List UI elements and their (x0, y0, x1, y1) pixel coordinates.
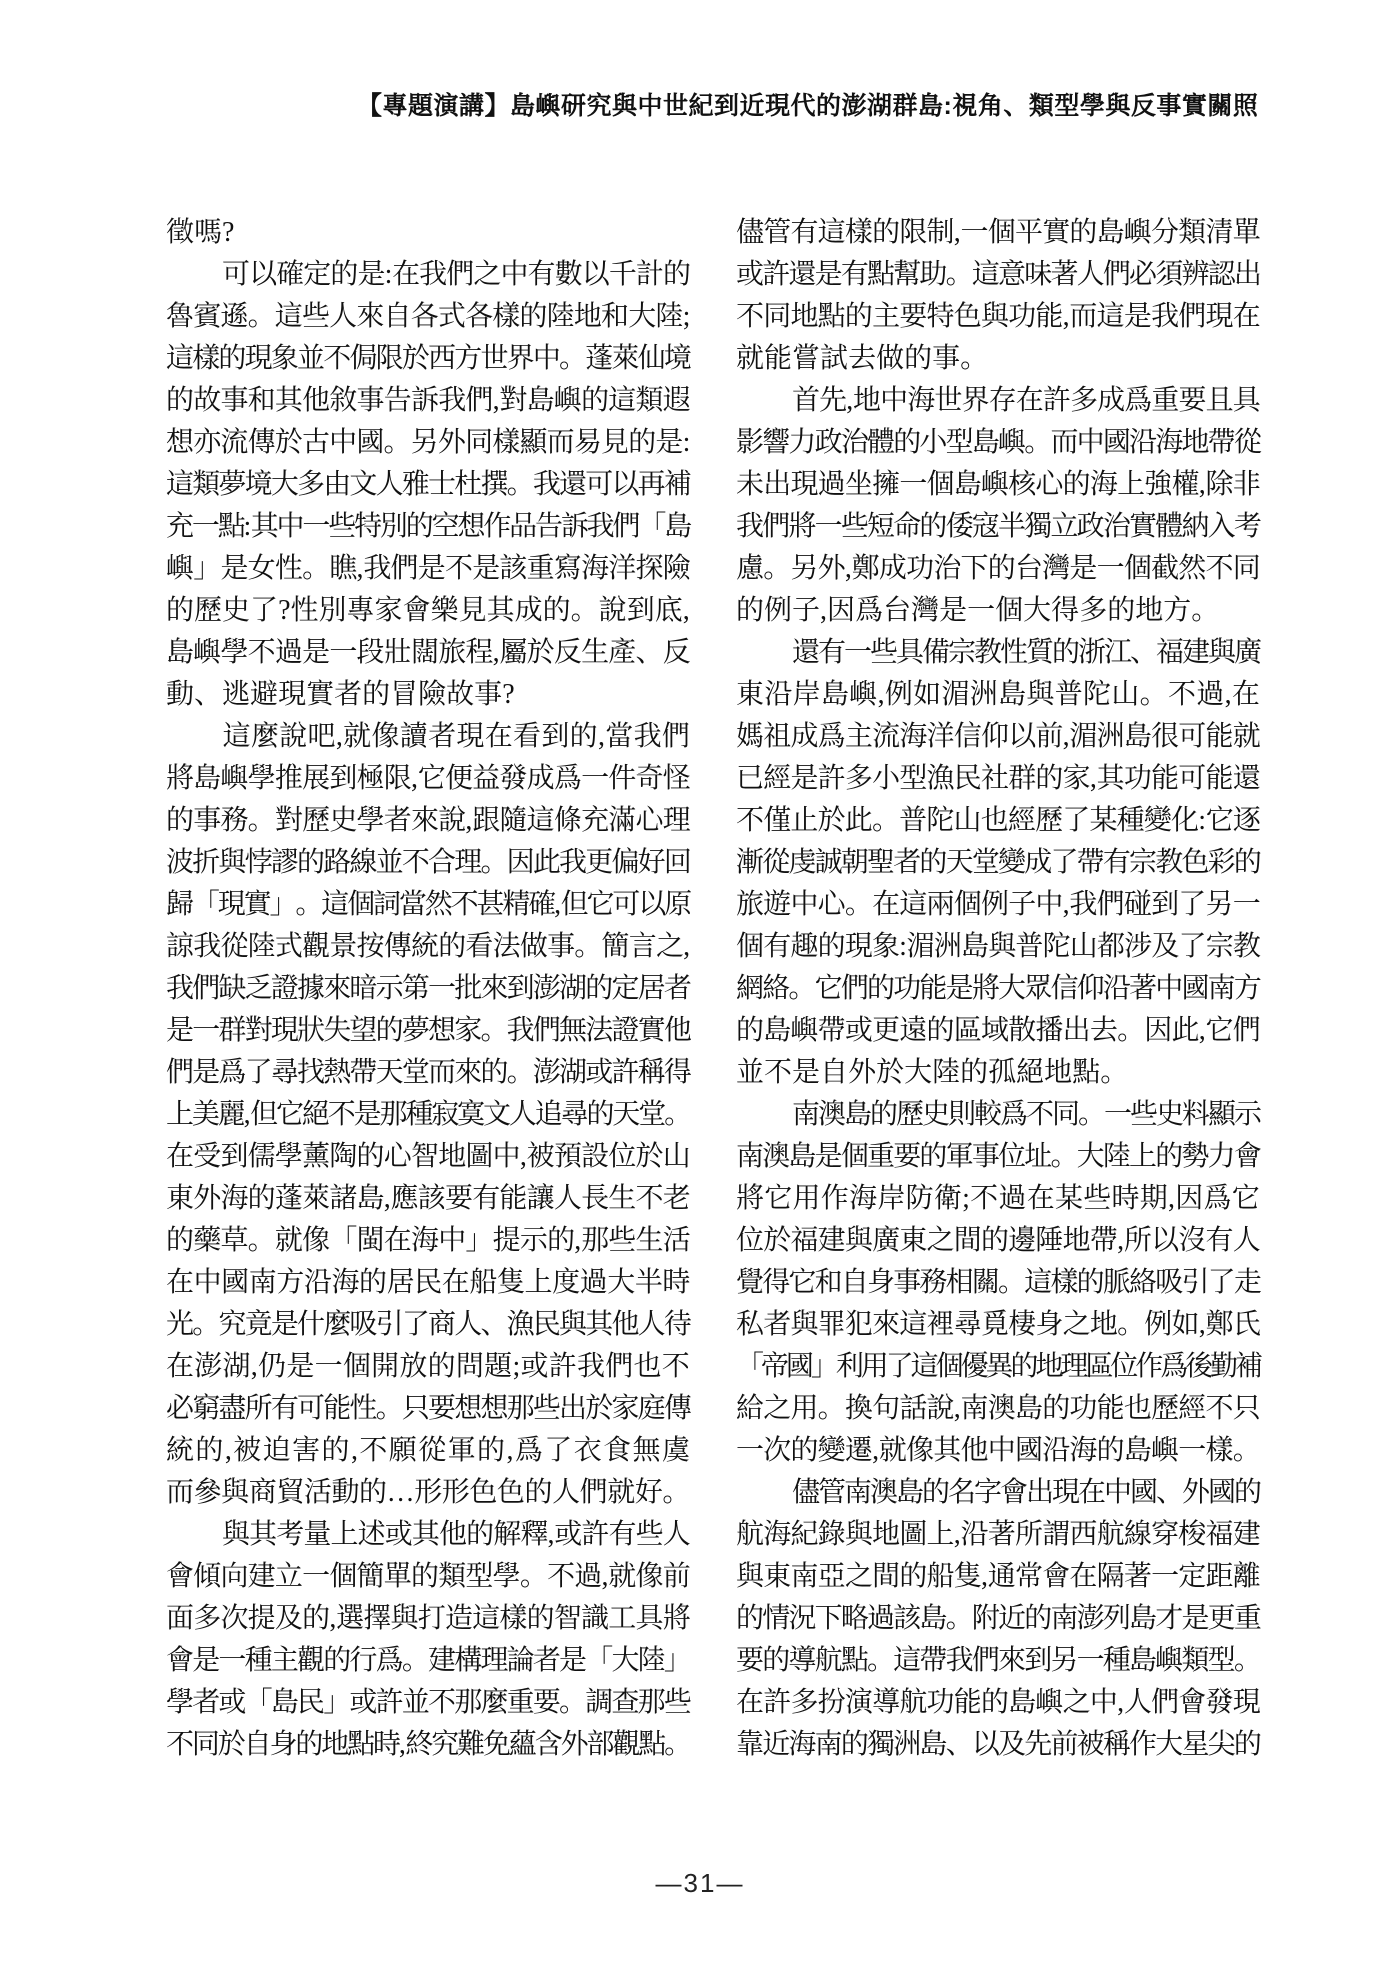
text-line: 可以確定的是:在我們之中有數以千計的 (166, 254, 690, 296)
text-line: 一次的變遷,就像其他中國沿海的島嶼一樣。 (736, 1430, 1260, 1472)
text-line: 南澳島是個重要的軍事位址。大陸上的勢力會 (736, 1136, 1260, 1178)
text-line: 的島嶼帶或更遠的區域散播出去。因此,它們 (736, 1010, 1260, 1052)
text-line: 不同地點的主要特色與功能,而這是我們現在 (736, 296, 1260, 338)
text-line: 並不是自外於大陸的孤絕地點。 (736, 1052, 1260, 1094)
text-line: 東外海的蓬萊諸島,應該要有能讓人長生不老 (166, 1178, 690, 1220)
text-line: 嶼」是女性。瞧,我們是不是該重寫海洋探險 (166, 548, 690, 590)
text-line: 這麼說吧,就像讀者現在看到的,當我們 (166, 716, 690, 758)
text-line: 動、逃避現實者的冒險故事? (166, 674, 690, 716)
text-line: 學者或「島民」或許並不那麼重要。調查那些 (166, 1682, 690, 1724)
text-line: 將它用作海岸防衛;不過在某些時期,因爲它 (736, 1178, 1260, 1220)
text-line: 將島嶼學推展到極限,它便益發成爲一件奇怪 (166, 758, 690, 800)
page-header-title: 【專題演講】島嶼研究與中世紀到近現代的澎湖群島:視角、類型學與反事實關照 (357, 86, 1217, 122)
text-line: 不同於自身的地點時,終究難免蘊含外部觀點。 (166, 1724, 690, 1766)
text-line: 在澎湖,仍是一個開放的問題;或許我們也不 (166, 1346, 690, 1388)
text-line: 必窮盡所有可能性。只要想想那些出於家庭傳 (166, 1388, 690, 1430)
text-line: 未出現過坐擁一個島嶼核心的海上強權,除非 (736, 464, 1260, 506)
text-line: 旅遊中心。在這兩個例子中,我們碰到了另一 (736, 884, 1260, 926)
text-line: 慮。另外,鄭成功治下的台灣是一個截然不同 (736, 548, 1260, 590)
text-line: 南澳島的歷史則較爲不同。一些史料顯示 (736, 1094, 1260, 1136)
text-line: 島嶼學不過是一段壯闊旅程,屬於反生產、反 (166, 632, 690, 674)
text-line: 不僅止於此。普陀山也經歷了某種變化:它逐 (736, 800, 1260, 842)
text-line: 航海紀錄與地圖上,沿著所謂西航線穿梭福建 (736, 1514, 1260, 1556)
text-line: 會是一種主觀的行爲。建構理論者是「大陸」 (166, 1640, 690, 1682)
text-line: 給之用。換句話說,南澳島的功能也歷經不只 (736, 1388, 1260, 1430)
text-line: 的事務。對歷史學者來說,跟隨這條充滿心理 (166, 800, 690, 842)
text-line: 的例子,因爲台灣是一個大得多的地方。 (736, 590, 1260, 632)
text-line: 是一群對現狀失望的夢想家。我們無法證實他 (166, 1010, 690, 1052)
text-line: 與其考量上述或其他的解釋,或許有些人 (166, 1514, 690, 1556)
text-column-right: 儘管有這樣的限制,一個平實的島嶼分類清單或許還是有點幫助。這意味著人們必須辨認出… (736, 212, 1260, 1766)
page-number: —31— (0, 1868, 1400, 1899)
text-line: 在受到儒學薰陶的心智地圖中,被預設位於山 (166, 1136, 690, 1178)
text-line: 統的,被迫害的,不願從軍的,爲了衣食無虞 (166, 1430, 690, 1472)
text-line: 上美麗,但它絕不是那種寂寞文人追尋的天堂。 (166, 1094, 690, 1136)
text-line: 我們將一些短命的倭寇半獨立政治實體納入考 (736, 506, 1260, 548)
text-column-left: 徵嗎? 可以確定的是:在我們之中有數以千計的魯賓遜。這些人來自各式各樣的陸地和大… (166, 212, 690, 1766)
text-line: 位於福建與廣東之間的邊陲地帶,所以沒有人 (736, 1220, 1260, 1262)
text-line: 已經是許多小型漁民社群的家,其功能可能還 (736, 758, 1260, 800)
text-line: 私者與罪犯來這裡尋覓棲身之地。例如,鄭氏 (736, 1304, 1260, 1346)
text-line: 儘管有這樣的限制,一個平實的島嶼分類清單 (736, 212, 1260, 254)
text-line: 就能嘗試去做的事。 (736, 338, 1260, 380)
text-line: 媽祖成爲主流海洋信仰以前,湄洲島很可能就 (736, 716, 1260, 758)
text-line: 而參與商貿活動的…形形色色的人們就好。 (166, 1472, 690, 1514)
text-line: 充一點:其中一些特別的空想作品告訴我們「島 (166, 506, 690, 548)
text-line: 想亦流傳於古中國。另外同樣顯而易見的是: (166, 422, 690, 464)
text-line: 個有趣的現象:湄洲島與普陀山都涉及了宗教 (736, 926, 1260, 968)
text-line: 的歷史了?性別專家會樂見其成的。說到底, (166, 590, 690, 632)
document-page: 【專題演講】島嶼研究與中世紀到近現代的澎湖群島:視角、類型學與反事實關照 徵嗎?… (0, 0, 1400, 1980)
text-line: 在許多扮演導航功能的島嶼之中,人們會發現 (736, 1682, 1260, 1724)
text-line: 面多次提及的,選擇與打造這樣的智識工具將 (166, 1598, 690, 1640)
text-line: 覺得它和自身事務相關。這樣的脈絡吸引了走 (736, 1262, 1260, 1304)
text-line: 歸「現實」。這個詞當然不甚精確,但它可以原 (166, 884, 690, 926)
text-line: 波折與悖謬的路線並不合理。因此我更偏好回 (166, 842, 690, 884)
text-line: 首先,地中海世界存在許多成爲重要且具 (736, 380, 1260, 422)
text-line: 在中國南方沿海的居民在船隻上度過大半時 (166, 1262, 690, 1304)
text-line: 會傾向建立一個簡單的類型學。不過,就像前 (166, 1556, 690, 1598)
text-line: 我們缺乏證據來暗示第一批來到澎湖的定居者 (166, 968, 690, 1010)
text-line: 漸從虔誠朝聖者的天堂變成了帶有宗教色彩的 (736, 842, 1260, 884)
text-line: 還有一些具備宗教性質的浙江、福建與廣 (736, 632, 1260, 674)
text-line: 這類夢境大多由文人雅士杜撰。我還可以再補 (166, 464, 690, 506)
text-line: 的情況下略過該島。附近的南澎列島才是更重 (736, 1598, 1260, 1640)
text-line: 網絡。它們的功能是將大眾信仰沿著中國南方 (736, 968, 1260, 1010)
text-line: 「帝國」利用了這個優異的地理區位作爲後勤補 (736, 1346, 1260, 1388)
text-line: 徵嗎? (166, 212, 690, 254)
text-line: 們是爲了尋找熱帶天堂而來的。澎湖或許稱得 (166, 1052, 690, 1094)
text-line: 靠近海南的獨洲島、以及先前被稱作大星尖的 (736, 1724, 1260, 1766)
text-line: 儘管南澳島的名字會出現在中國、外國的 (736, 1472, 1260, 1514)
text-line: 要的導航點。這帶我們來到另一種島嶼類型。 (736, 1640, 1260, 1682)
text-line: 影響力政治體的小型島嶼。而中國沿海地帶從 (736, 422, 1260, 464)
text-line: 或許還是有點幫助。這意味著人們必須辨認出 (736, 254, 1260, 296)
text-line: 魯賓遜。這些人來自各式各樣的陸地和大陸; (166, 296, 690, 338)
text-line: 的故事和其他敘事告訴我們,對島嶼的這類遐 (166, 380, 690, 422)
text-line: 的藥草。就像「閩在海中」提示的,那些生活 (166, 1220, 690, 1262)
text-line: 東沿岸島嶼,例如湄洲島與普陀山。不過,在 (736, 674, 1260, 716)
text-line: 與東南亞之間的船隻,通常會在隔著一定距離 (736, 1556, 1260, 1598)
text-line: 諒我從陸式觀景按傳統的看法做事。簡言之, (166, 926, 690, 968)
text-line: 光。究竟是什麼吸引了商人、漁民與其他人待 (166, 1304, 690, 1346)
text-line: 這樣的現象並不侷限於西方世界中。蓬萊仙境 (166, 338, 690, 380)
